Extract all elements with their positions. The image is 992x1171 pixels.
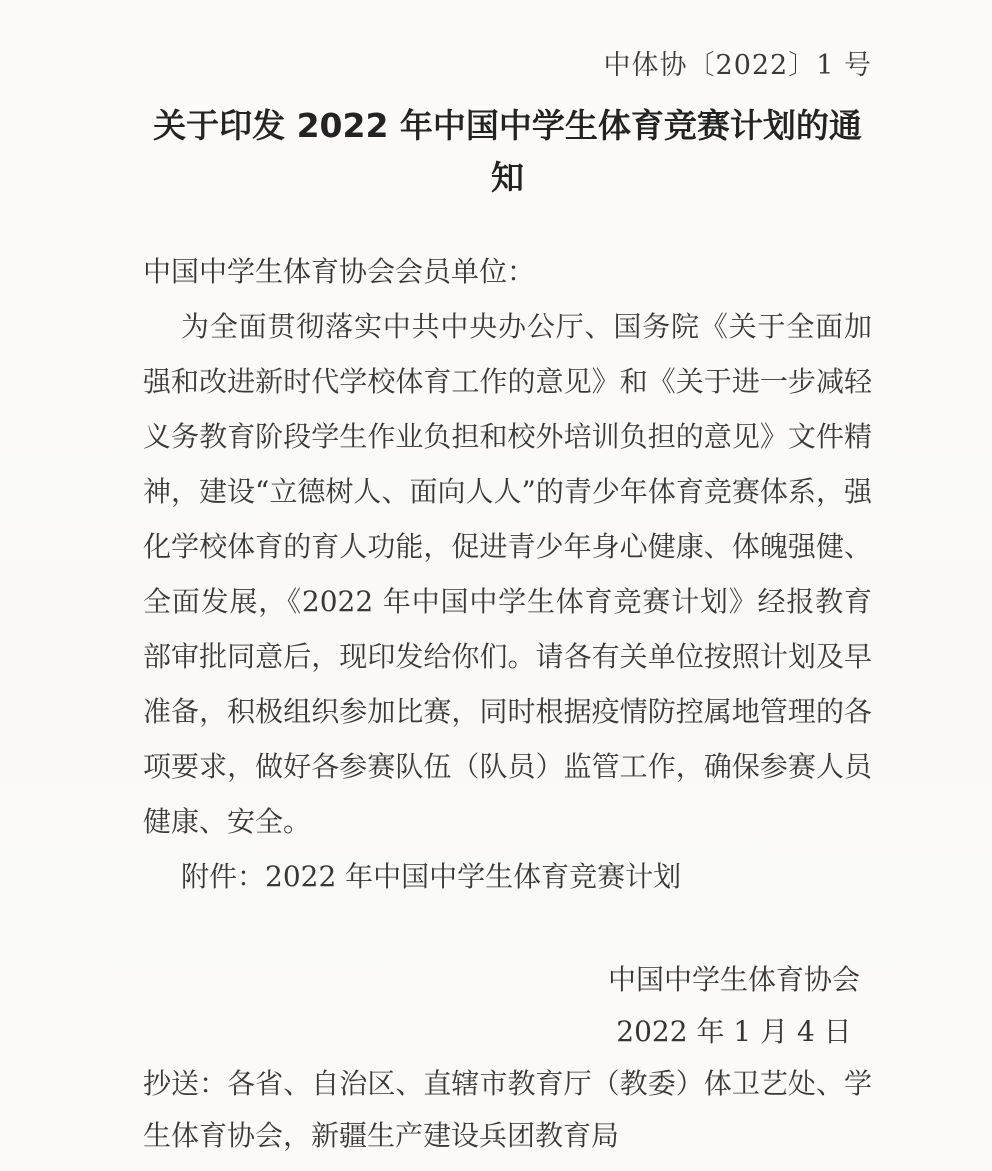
- signature-inner: 中国中学生体育协会 2022 年 1 月 4 日: [608, 954, 860, 1058]
- body-paragraph: 为全面贯彻落实中共中央办公厅、国务院《关于全面加强和改进新时代学校体育工作的意见…: [143, 299, 872, 849]
- document-number: 中体协〔2022〕1 号: [143, 46, 872, 86]
- issuing-organization: 中国中学生体育协会: [608, 954, 860, 1006]
- document-page: 中体协〔2022〕1 号 关于印发 2022 年中国中学生体育竞赛计划的通知 中…: [0, 0, 992, 1171]
- document-title: 关于印发 2022 年中国中学生体育竞赛计划的通知: [143, 100, 872, 204]
- attachment-line: 附件：2022 年中国中学生体育竞赛计划: [143, 849, 872, 904]
- page-number: 1: [0, 1127, 992, 1147]
- issue-date: 2022 年 1 月 4 日: [608, 1006, 860, 1058]
- signature-block: 中国中学生体育协会 2022 年 1 月 4 日: [143, 954, 872, 1058]
- salutation-line: 中国中学生体育协会会员单位：: [143, 244, 872, 299]
